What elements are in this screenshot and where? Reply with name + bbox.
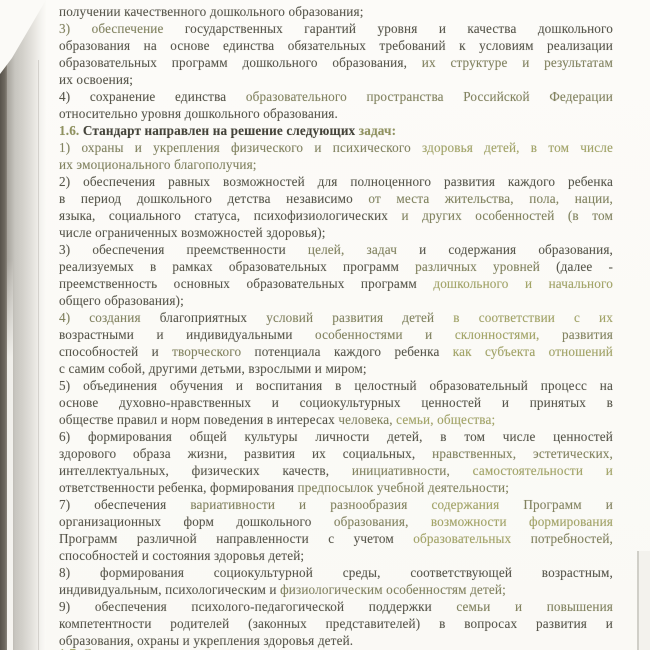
text-segment: от места жительства, пола, нации, [368,191,613,206]
text-segment: самостоятельности и [473,463,613,478]
text-segment: их освоения; [59,72,133,87]
text-segment: 6) формирования общей культуры личности … [59,429,613,444]
text-segment: индивидуальным, психологическим и [59,582,280,597]
text-line: реализуемых в рамках образовательных про… [59,258,613,275]
text-segment: реализуемых в рамках образовательных про… [59,259,415,274]
text-line: 9) обеспечения психолого-педагогической … [59,598,613,615]
text-segment: 8) формирования социокультурной среды, с… [59,565,613,580]
text-line: ответственности ребенка, формирования пр… [59,479,613,496]
text-segment: различных уровней [415,259,556,274]
text-segment: и содержания образования, [419,242,613,257]
text-segment: Программ различной направленности с учет… [59,531,413,546]
partial-bottom-line: 1.7. С [59,646,613,650]
text-segment: возрастными и индивидуальными [59,327,315,342]
text-line: их эмоционального благополучия; [59,156,613,173]
text-segment: с самим собой, другими детьми, взрослыми… [59,361,367,376]
text-line: 4) создания благоприятных условий развит… [59,309,613,326]
text-segment: образования на основе единства обязатель… [59,38,613,53]
page-edge-highlight [7,260,13,650]
text-segment: общего образования); [59,293,184,308]
text-segment: (далее - [556,259,613,274]
text-line: в период дошкольного детства независимо … [59,190,613,207]
text-segment: обществе правил и норм поведения в интер… [59,412,338,427]
text-line: образовательных программ дошкольного обр… [59,54,613,71]
section-heading-1-6: 1.6. Стандарт направлен на решение следу… [59,122,613,139]
text-segment: в соответствии с их [453,310,613,325]
text-segment: образовательных программ дошкольного обр… [59,55,422,70]
text-segment: Программ и [523,497,613,512]
text-line: числе ограниченных возможностей здоровья… [59,224,613,241]
text-segment: ответственности ребенка, формирования [59,480,298,495]
text-segment: здоровья детей, в том числе [422,140,613,155]
text-segment: 9) обеспечения психолого-педагогической … [59,599,456,614]
text-segment: 5) объединения обучения и воспитания в ц… [59,378,613,393]
text-segment: их эмоционального благополучия; [59,157,257,172]
text-line: способностей и состояния здоровья детей; [59,547,613,564]
text-line: относительно уровня дошкольного образова… [59,105,613,122]
text-segment: образовательных [413,531,530,546]
text-segment: их структуре и результатам [422,55,613,70]
text-line: основе духовно-нравственных и социокульт… [59,394,613,411]
text-line: преемственность основных образовательных… [59,275,613,292]
text-segment: склонностями, [455,327,562,342]
text-segment: нравственных, эстетических, [432,446,613,461]
text-segment: условий развития детей [266,310,453,325]
text-segment: способностей и [59,344,172,359]
scanned-document-page: получении качественного дошкольного обра… [0,0,650,650]
text-segment: образования, [334,514,431,529]
text-line: 3) обеспечения преемственности целей, за… [59,241,613,258]
text-line: образования на основе единства обязатель… [59,37,613,54]
text-segment: интеллектуальных, физических качеств, [59,463,352,478]
text-line: Программ различной направленности с учет… [59,530,613,547]
text-segment: 2) обеспечения равных возможностей для п… [59,174,613,189]
text-line: возрастными и индивидуальными особенност… [59,326,613,343]
text-segment: языка, социального статуса, психофизиоло… [59,208,401,223]
text-line: здорового образа жизни, развития их соци… [59,445,613,462]
text-segment: государственных гарантий уровня и качест… [185,21,613,36]
text-segment: предпосылок учебной деятельности; [298,480,510,495]
text-line: языка, социального статуса, психофизиоло… [59,207,613,224]
text-segment: творческого [172,344,254,359]
page-edge-line [38,60,39,650]
text-line: получении качественного дошкольного обра… [59,3,613,20]
text-segment: здорового образа жизни, развития их соци… [59,446,432,461]
text-segment: физиологическим особенностям детей; [280,582,506,597]
text-line: организационных форм дошкольного образов… [59,513,613,530]
text-segment: потребностей, [531,531,613,546]
text-segment: получении качественного дошкольного обра… [59,4,364,19]
text-line: общего образования); [59,292,613,309]
text-line: 4) сохранение единства образовательного … [59,88,613,105]
text-line: с самим собой, другими детьми, взрослыми… [59,360,613,377]
text-line: компетентности родителей (законных предс… [59,615,613,632]
text-line: 3) обеспечение государственных гарантий … [59,20,613,37]
text-segment: и других особенностей (в том [401,208,613,223]
text-segment: преемственность основных образовательных… [59,276,433,291]
text-segment: образовательного пространства Российской… [246,89,613,104]
text-segment: особенностями и [315,327,455,342]
text-segment: 1) охраны и укрепления физического и пси… [59,140,422,155]
text-segment: 4) сохранение единства [59,89,246,104]
text-line: 7) обеспечения вариативности и разнообра… [59,496,613,513]
text-segment: целей, задач [308,242,419,257]
text-line: их освоения; [59,71,613,88]
text-segment: вариативности и разнообразия [190,497,431,512]
text-line: индивидуальным, психологическим и физиол… [59,581,613,598]
text-segment: семьи, общества; [396,412,495,427]
text-segment: 3) обеспечения преемственности [59,242,308,257]
text-line: обществе правил и норм поведения в интер… [59,411,613,428]
text-segment: содержания [431,497,523,512]
text-segment: 7) обеспечения [59,497,190,512]
text-line: способностей и творческого потенциала ка… [59,343,613,360]
text-segment: как субъекта отношений [453,344,613,359]
text-segment: Стандарт направлен на решение следующих [83,123,359,138]
text-line: интеллектуальных, физических качеств, ин… [59,462,613,479]
text-segment: дошкольного и начального [433,276,613,291]
text-segment: 1.6. [59,123,83,138]
text-segment: инициативности, [352,463,473,478]
text-line: 1) охраны и укрепления физического и пси… [59,139,613,156]
text-segment: организационных форм дошкольного [59,514,334,529]
text-segment: в период дошкольного детства независимо [59,191,368,206]
text-block: получении качественного дошкольного обра… [59,3,613,649]
text-line: 2) обеспечения равных возможностей для п… [59,173,613,190]
text-line: 5) объединения обучения и воспитания в ц… [59,377,613,394]
text-segment: благоприятных [160,310,267,325]
text-segment: относительно уровня дошкольного образова… [59,106,338,121]
text-segment: способностей и состояния здоровья детей; [59,548,304,563]
scanner-dark-strip [0,7,7,650]
text-segment: 4) создания [59,310,160,325]
text-line: 6) формирования общей культуры личности … [59,428,613,445]
text-segment: компетентности родителей (законных предс… [59,616,613,631]
bottom-right-scan-line [637,551,639,650]
text-segment: потенциала каждого ребенка [255,344,453,359]
text-segment: семьи и повышения [456,599,613,614]
text-line: 8) формирования социокультурной среды, с… [59,564,613,581]
text-segment: 3) обеспечение [59,21,185,36]
text-segment: основе духовно-нравственных и социокульт… [59,395,613,410]
text-segment: возможности формирования [431,514,613,529]
text-segment: человека, [338,412,396,427]
text-segment: развития [562,327,613,342]
text-segment: задач: [359,123,396,138]
bottom-right-scan-tint [639,551,650,650]
text-segment: числе ограниченных возможностей здоровья… [59,225,326,240]
